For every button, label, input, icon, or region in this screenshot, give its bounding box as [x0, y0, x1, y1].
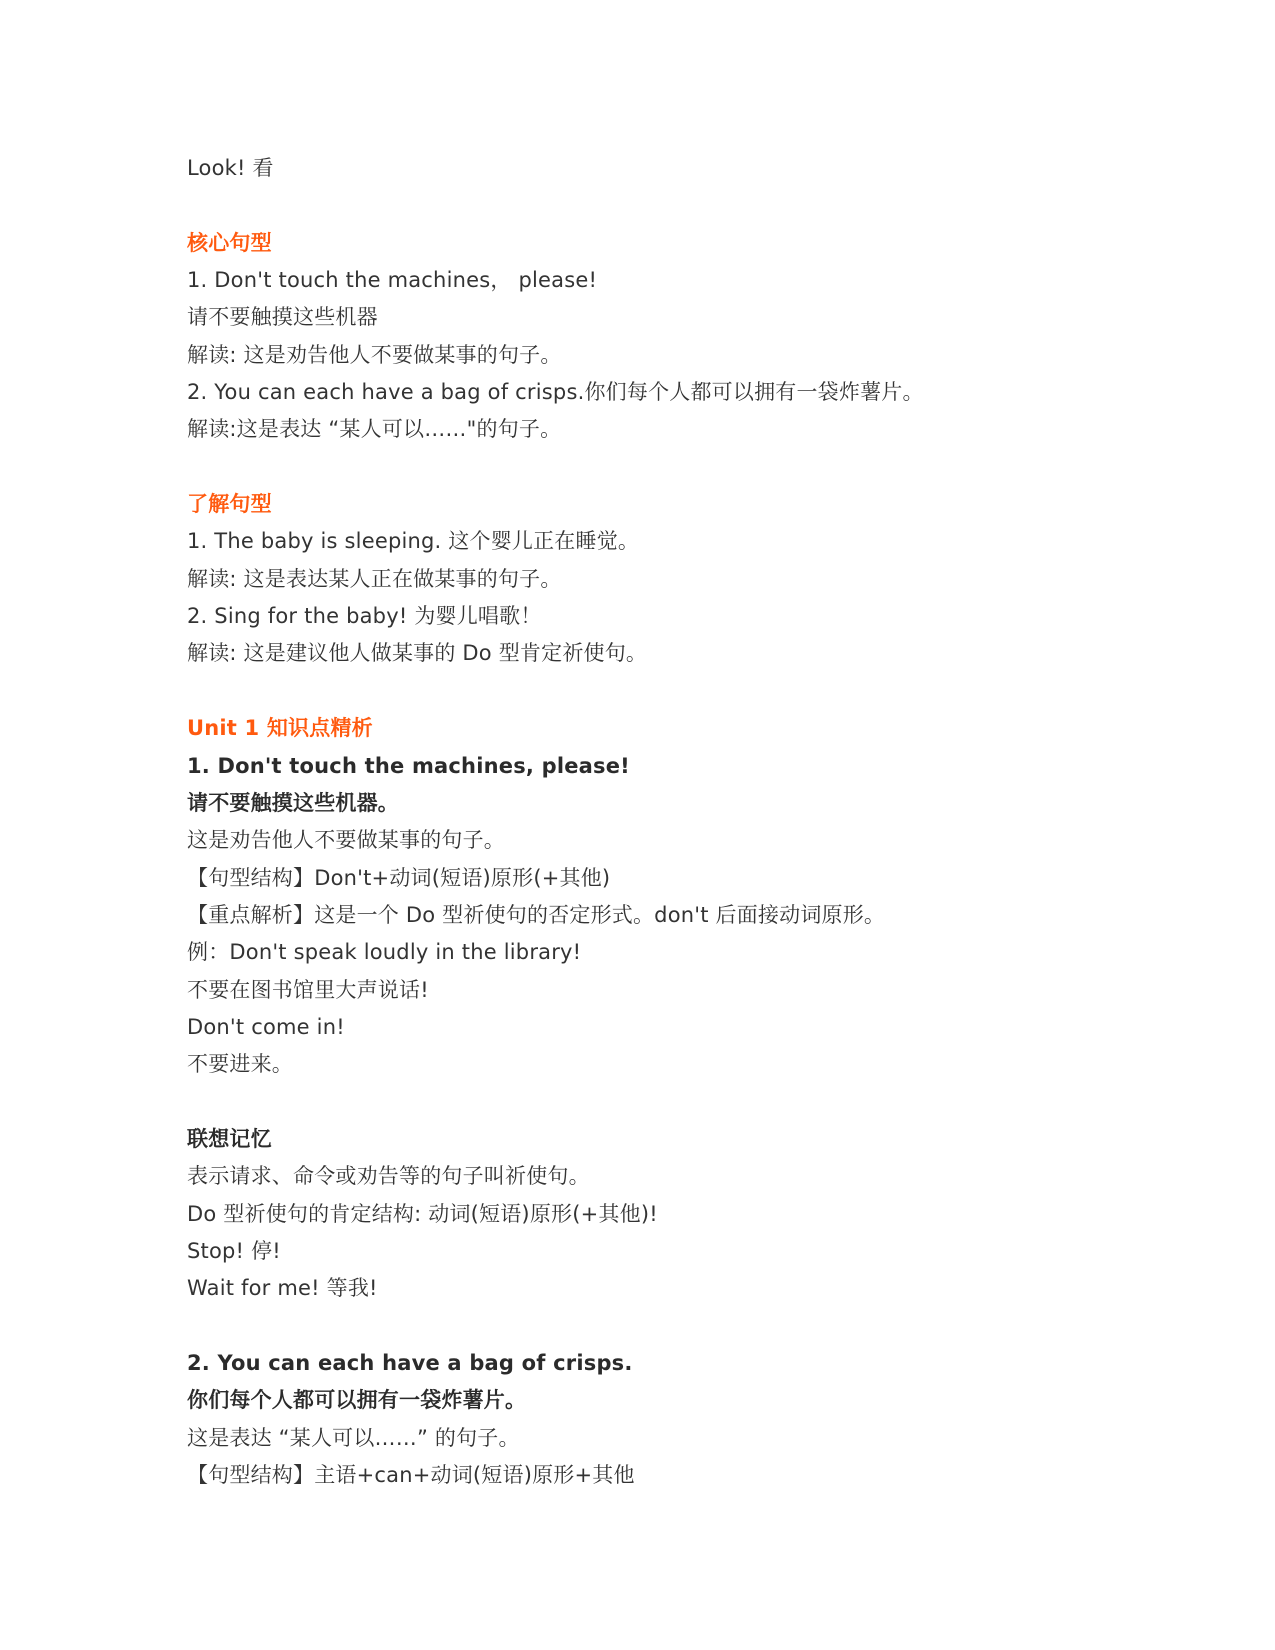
text-line: 例：Don't speak loudly in the library! [187, 934, 1087, 971]
text-line: 2. Sing for the baby! 为婴儿唱歌！ [187, 598, 1087, 635]
text-line: 【句型结构】主语+can+动词(短语)原形+其他 [187, 1457, 1087, 1494]
point-heading-en: 1. Don't touch the machines, please! [187, 748, 1087, 785]
subsection-heading-association: 联想记忆 [187, 1121, 1087, 1158]
text-line: Wait for me! 等我! [187, 1270, 1087, 1307]
text-line: 1. The baby is sleeping. 这个婴儿正在睡觉。 [187, 523, 1087, 560]
section-heading-unit1-analysis: Unit 1 知识点精析 [187, 710, 1087, 747]
section-heading-understand-patterns: 了解句型 [187, 486, 1087, 523]
point-heading-zh: 你们每个人都可以拥有一袋炸薯片。 [187, 1382, 1087, 1419]
spacer [187, 187, 1087, 224]
text-line: 解读: 这是劝告他人不要做某事的句子。 [187, 337, 1087, 374]
text-line: Don't come in! [187, 1009, 1087, 1046]
text-line: 表示请求、命令或劝告等的句子叫祈使句。 [187, 1158, 1087, 1195]
text-line: 解读: 这是建议他人做某事的 Do 型肯定祈使句。 [187, 635, 1087, 672]
text-line: 解读: 这是表达某人正在做某事的句子。 [187, 561, 1087, 598]
text-line: 2. You can each have a bag of crisps.你们每… [187, 374, 1087, 411]
spacer [187, 673, 1087, 710]
intro-line: Look! 看 [187, 150, 1087, 187]
point-heading-en: 2. You can each have a bag of crisps. [187, 1345, 1087, 1382]
section-heading-core-patterns: 核心句型 [187, 225, 1087, 262]
text-line: 不要进来。 [187, 1046, 1087, 1083]
text-line: 请不要触摸这些机器 [187, 299, 1087, 336]
spacer [187, 1308, 1087, 1345]
text-line: 解读:这是表达 “某人可以……"的句子。 [187, 411, 1087, 448]
text-line: 这是表达 “某人可以……” 的句子。 [187, 1420, 1087, 1457]
text-line: 1. Don't touch the machines， please! [187, 262, 1087, 299]
point-heading-zh: 请不要触摸这些机器。 [187, 785, 1087, 822]
spacer [187, 1084, 1087, 1121]
text-line: 这是劝告他人不要做某事的句子。 [187, 822, 1087, 859]
text-line: Stop! 停! [187, 1233, 1087, 1270]
spacer [187, 449, 1087, 486]
text-line: 【重点解析】这是一个 Do 型祈使句的否定形式。don't 后面接动词原形。 [187, 897, 1087, 934]
text-line: 不要在图书馆里大声说话! [187, 972, 1087, 1009]
text-line: Do 型祈使句的肯定结构: 动词(短语)原形(+其他)! [187, 1196, 1087, 1233]
document-page: Look! 看 核心句型 1. Don't touch the machines… [187, 150, 1087, 1494]
text-line: 【句型结构】Don't+动词(短语)原形(+其他) [187, 860, 1087, 897]
